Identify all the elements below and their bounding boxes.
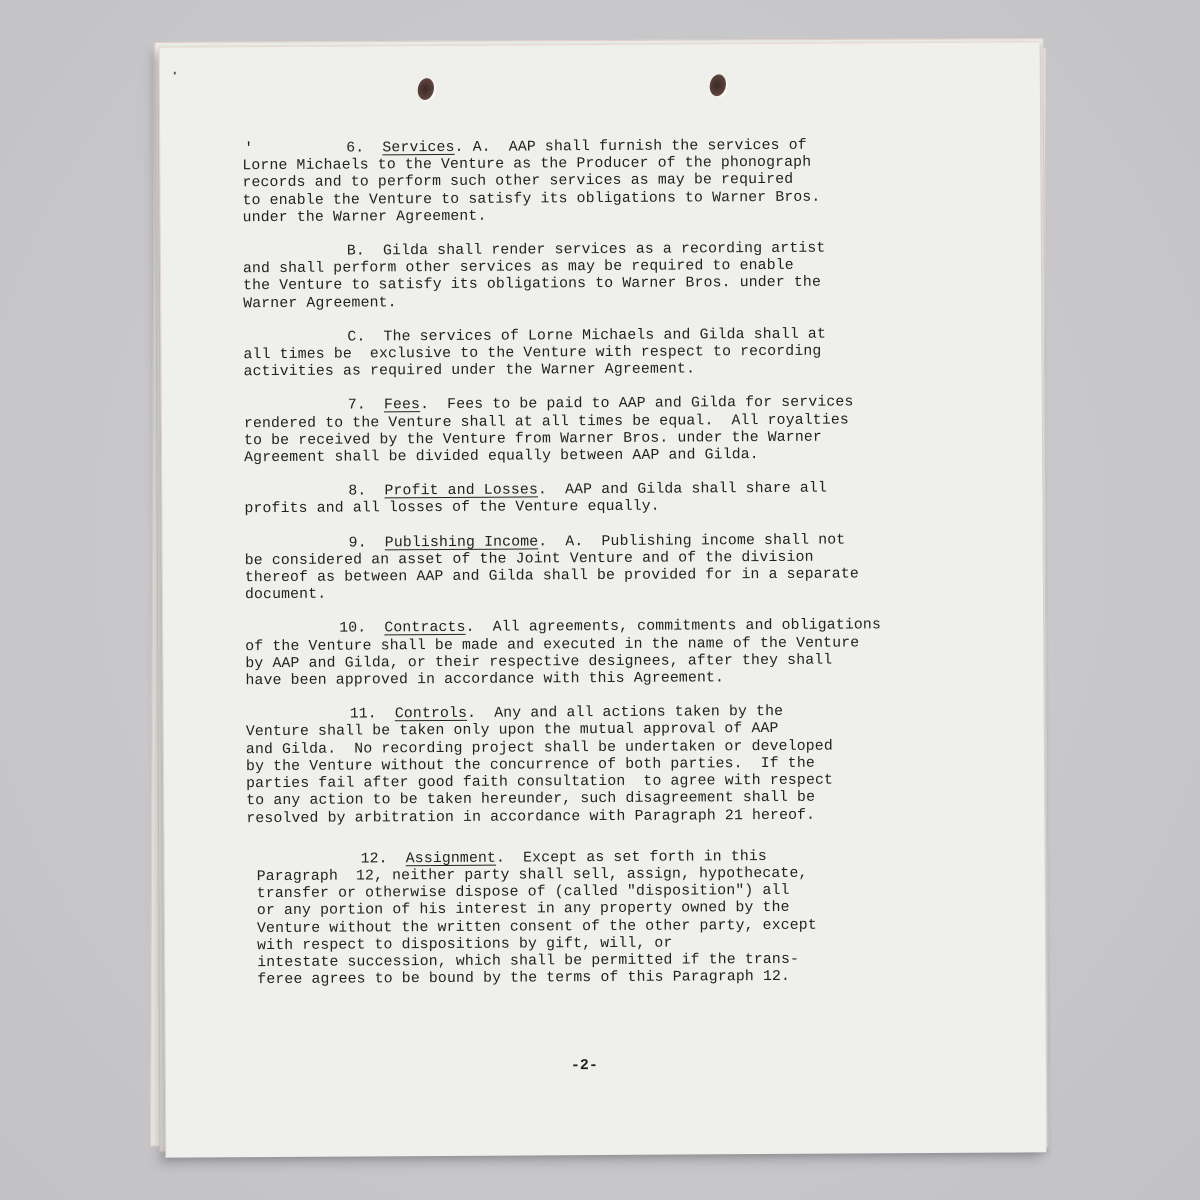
stray-mark: '	[244, 141, 253, 157]
punch-hole-right	[708, 73, 728, 98]
paragraph-line: under the Warner Agreement.	[243, 205, 983, 227]
paragraph-number: C.	[347, 329, 365, 345]
paragraph-6: '6. Services. A. AAP shall furnish the s…	[242, 137, 983, 228]
paragraph-heading: Profit and Losses	[384, 483, 538, 500]
paper-speck	[174, 72, 176, 75]
paragraph-line: activities as required under the Warner …	[244, 360, 984, 382]
paragraph-text: . Any and all actions taken by the	[467, 704, 783, 722]
paragraph-heading: Services	[382, 140, 454, 156]
paragraph-7: 7. Fees. Fees to be paid to AAP and Gild…	[244, 394, 984, 467]
paragraph-number: 10.	[339, 621, 366, 637]
paragraph-9: 9. Publishing Income. A. Publishing inco…	[245, 531, 985, 604]
document-page: '6. Services. A. AAP shall furnish the s…	[159, 41, 1047, 1157]
paragraph-text: Gilda shall render services as a recordi…	[365, 241, 826, 260]
paragraph-number: 6.	[346, 140, 364, 156]
paragraph-line: feree agrees to be bound by the terms of…	[257, 968, 987, 990]
document-body: '6. Services. A. AAP shall furnish the s…	[242, 137, 987, 1007]
paragraph-text: . A. AAP shall furnish the services of	[455, 138, 807, 156]
paragraph-number: 11.	[350, 707, 377, 723]
paragraph-heading: Fees	[384, 398, 420, 414]
paragraph-text: . All agreements, commitments and obliga…	[466, 618, 881, 637]
paragraph-number: 12.	[361, 851, 388, 867]
paragraph-number: 9.	[349, 535, 367, 551]
paragraph-heading: Publishing Income	[385, 534, 539, 551]
paragraph-8: 8. Profit and Losses. AAP and Gilda shal…	[244, 480, 984, 519]
paragraph-number: B.	[347, 243, 365, 259]
paragraph-line: have been approved in accordance with th…	[245, 669, 985, 691]
paragraph-10: 10. Contracts. All agreements, commitmen…	[245, 617, 985, 690]
paragraph-number: 8.	[348, 484, 366, 500]
paragraph-text: . Fees to be paid to AAP and Gilda for s…	[420, 395, 854, 414]
page-number: -2-	[571, 1057, 598, 1074]
paragraph-line: Warner Agreement.	[243, 291, 983, 313]
paragraph-heading: Controls	[395, 706, 467, 722]
paragraph-b: B. Gilda shall render services as a reco…	[243, 240, 983, 313]
paragraph-12: 12. Assignment. Except as set forth in t…	[257, 847, 988, 989]
paragraph-text: The services of Lorne Michaels and Gilda…	[365, 326, 826, 345]
paragraph-number: 7.	[348, 398, 366, 414]
paragraph-heading: Contracts	[384, 620, 465, 636]
paragraph-text: . AAP and Gilda shall share all	[538, 481, 827, 499]
paragraph-text: . A. Publishing income shall not	[538, 532, 845, 550]
paragraph-line: profits and all losses of the Venture eq…	[244, 497, 984, 519]
paragraph-text: . Except as set forth in this	[496, 849, 767, 867]
paragraph-c: C. The services of Lorne Michaels and Gi…	[243, 325, 983, 381]
paragraph-heading: Assignment	[406, 850, 496, 867]
punch-hole-left	[416, 77, 436, 102]
paragraph-line: Agreement shall be divided equally betwe…	[244, 446, 984, 468]
paragraph-11: 11. Controls. Any and all actions taken …	[246, 703, 987, 828]
